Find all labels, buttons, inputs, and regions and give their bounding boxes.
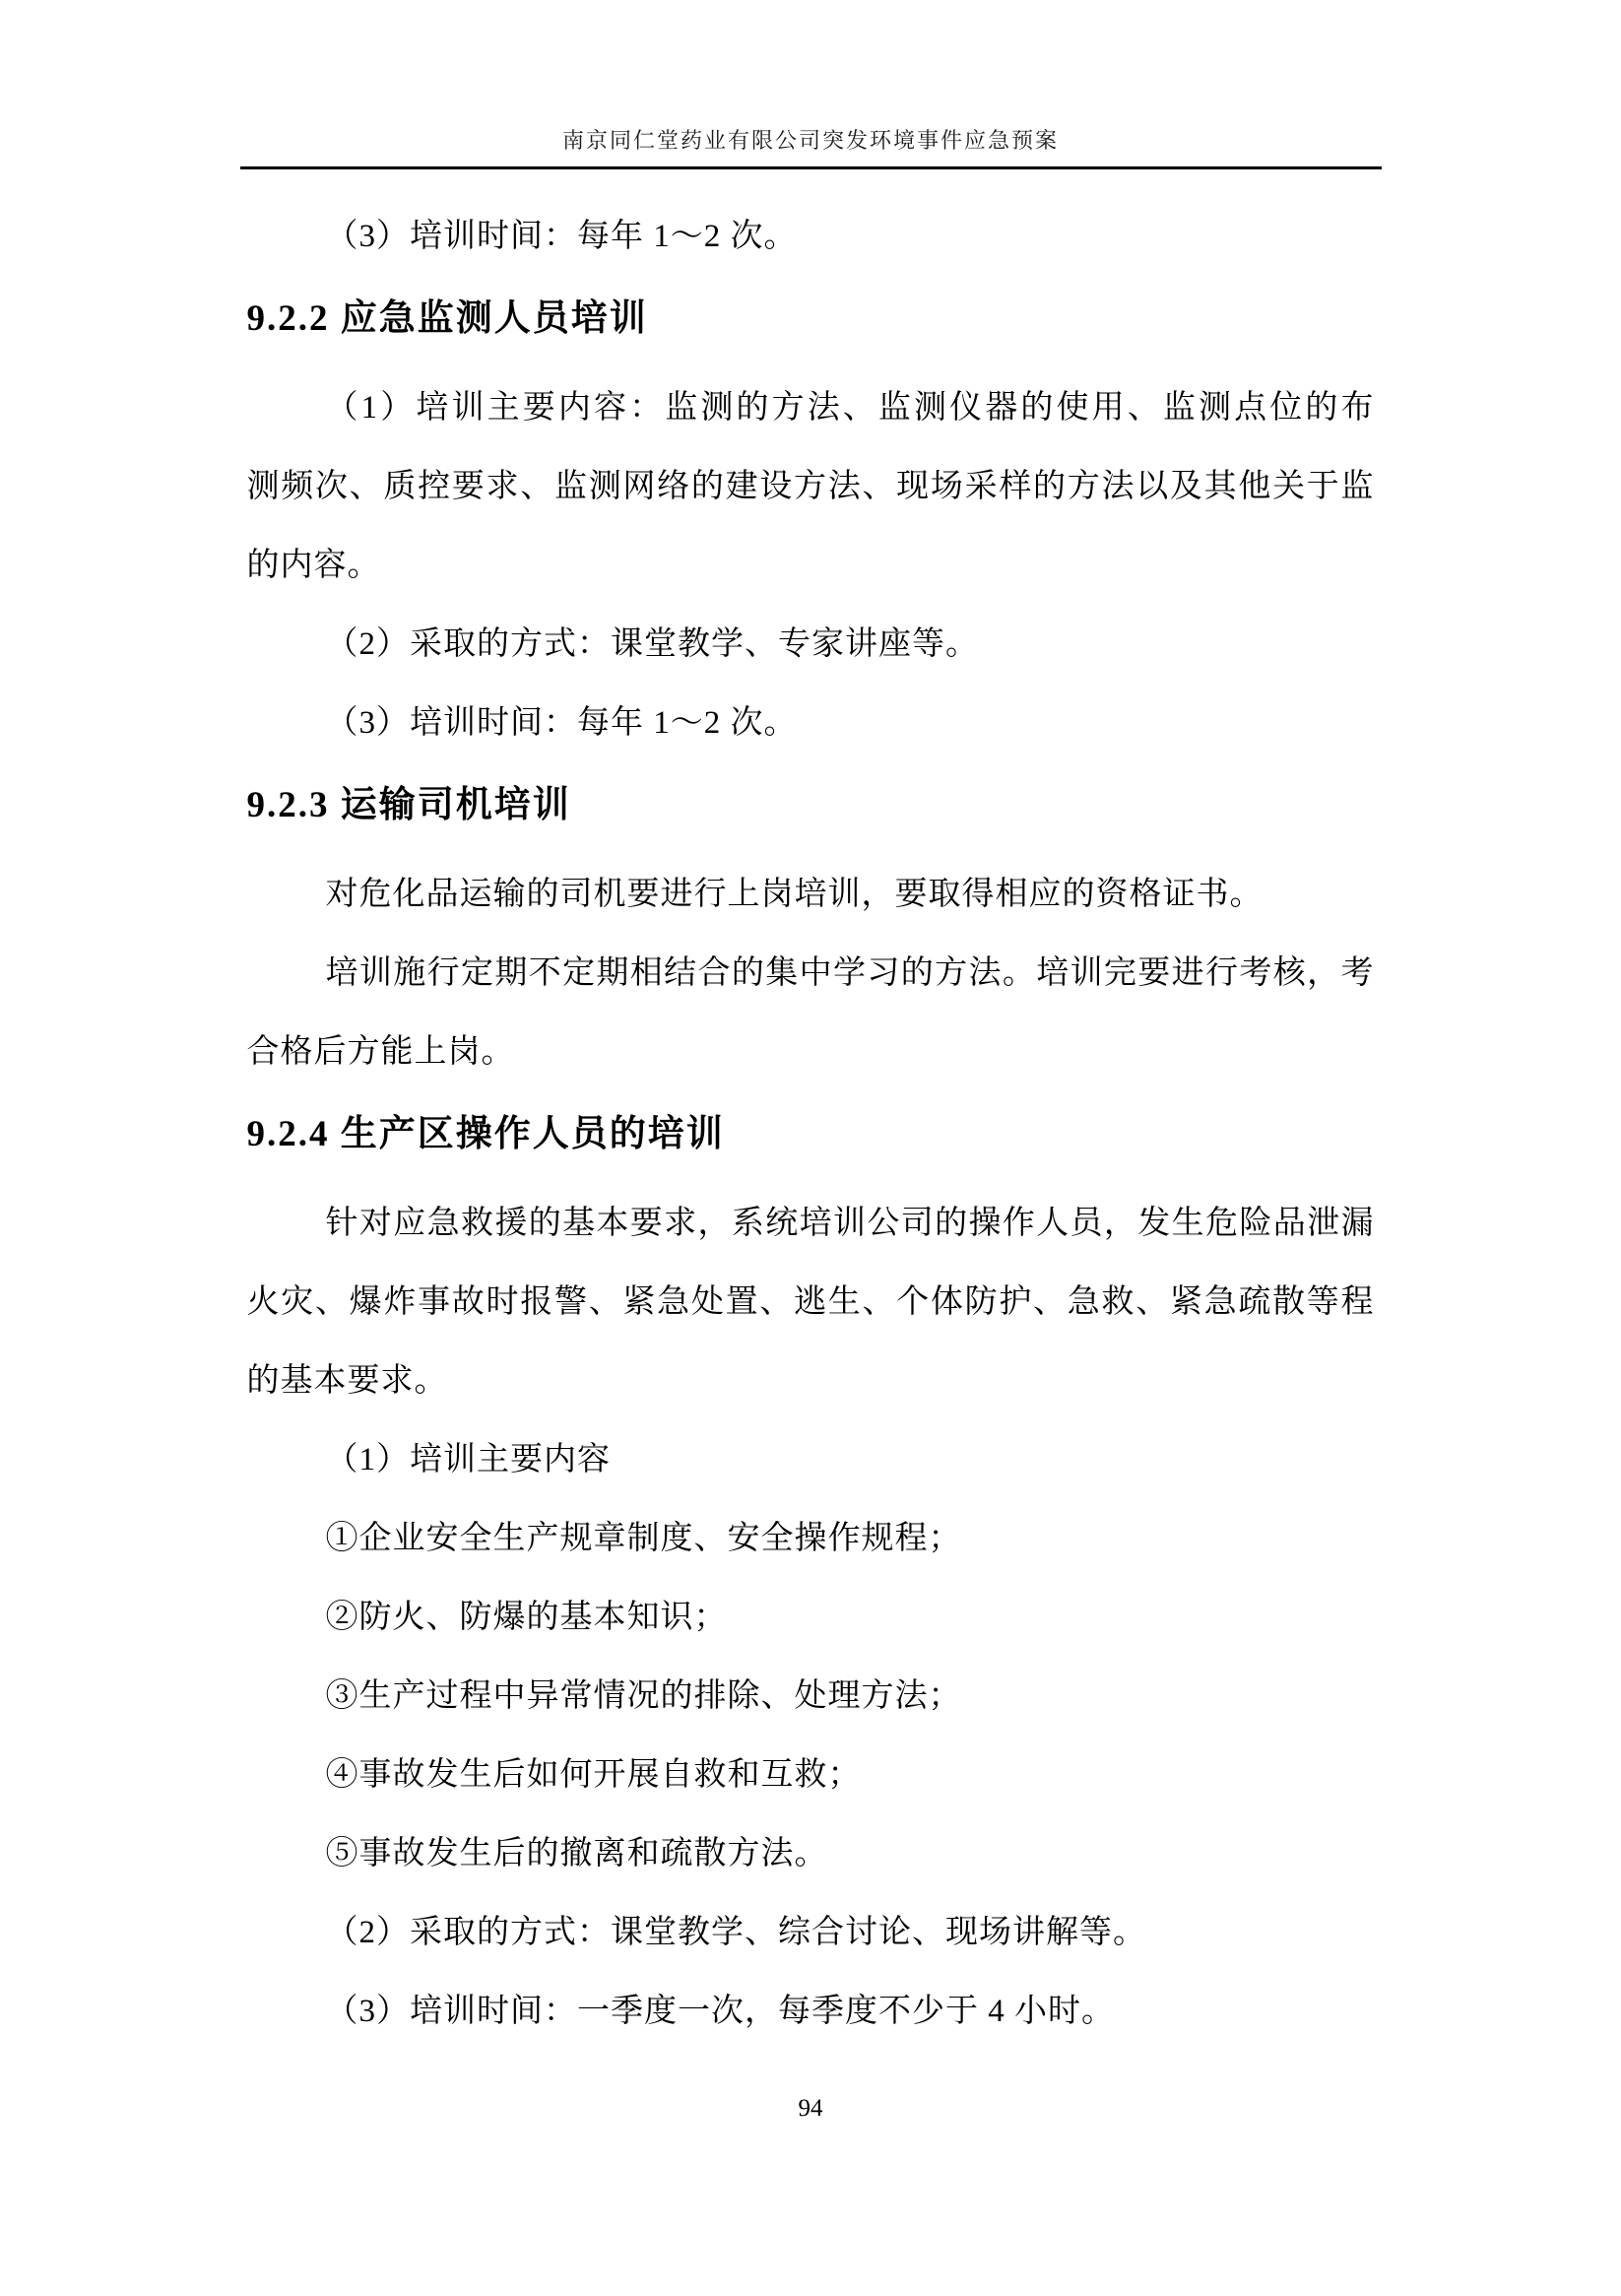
paragraph: ②防火、防爆的基本知识；: [247, 1578, 1375, 1657]
text-line: 针对应急救援的基本要求，系统培训公司的操作人员，发生危险品泄漏及: [247, 1184, 1375, 1263]
page-footer: 94: [0, 2094, 1621, 2124]
text-line: （2）采取的方式：课堂教学、综合讨论、现场讲解等。: [247, 1893, 1375, 1972]
text-line: 测频次、质控要求、监测网络的建设方法、现场采样的方法以及其他关于监测: [247, 447, 1375, 526]
text-line: ②防火、防爆的基本知识；: [247, 1578, 1375, 1657]
paragraph: （3）培训时间：每年 1～2 次。: [247, 684, 1375, 762]
paragraph: ③生产过程中异常情况的排除、处理方法；: [247, 1657, 1375, 1736]
header-title: 南京同仁堂药业有限公司突发环境事件应急预案: [0, 126, 1621, 156]
paragraph: （2）采取的方式：课堂教学、专家讲座等。: [247, 605, 1375, 684]
header-rule: [240, 166, 1382, 169]
paragraph: 培训施行定期不定期相结合的集中学习的方法。培训完要进行考核，考核合格后方能上岗。: [247, 934, 1375, 1091]
text-line: 的基本要求。: [247, 1342, 1375, 1420]
section-heading: 9.2.2 应急监测人员培训: [247, 280, 1375, 359]
text-line: （1）培训主要内容: [247, 1420, 1375, 1499]
text-line: 火灾、爆炸事故时报警、紧急处置、逃生、个体防护、急救、紧急疏散等程序: [247, 1263, 1375, 1342]
paragraph: （2）采取的方式：课堂教学、综合讨论、现场讲解等。: [247, 1893, 1375, 1972]
text-line: （3）培训时间：每年 1～2 次。: [247, 197, 1375, 276]
text-line: （2）采取的方式：课堂教学、专家讲座等。: [247, 605, 1375, 684]
section-heading: 9.2.4 生产区操作人员的培训: [247, 1095, 1375, 1174]
paragraph: （1）培训主要内容: [247, 1420, 1375, 1499]
text-line: （3）培训时间：每年 1～2 次。: [247, 684, 1375, 762]
text-line: ⑤事故发生后的撤离和疏散方法。: [247, 1814, 1375, 1893]
text-line: 培训施行定期不定期相结合的集中学习的方法。培训完要进行考核，考核: [247, 934, 1375, 1013]
page-number: 94: [799, 2095, 823, 2122]
paragraph: 对危化品运输的司机要进行上岗培训，要取得相应的资格证书。: [247, 855, 1375, 934]
text-line: 的内容。: [247, 526, 1375, 605]
text-line: ①企业安全生产规章制度、安全操作规程；: [247, 1499, 1375, 1578]
document-body: （3）培训时间：每年 1～2 次。9.2.2 应急监测人员培训（1）培训主要内容…: [247, 197, 1375, 2051]
section-heading: 9.2.3 运输司机培训: [247, 766, 1375, 845]
paragraph: （3）培训时间：一季度一次，每季度不少于 4 小时。: [247, 1972, 1375, 2051]
document-page: 南京同仁堂药业有限公司突发环境事件应急预案 （3）培训时间：每年 1～2 次。9…: [0, 0, 1621, 2296]
text-line: （1）培训主要内容：监测的方法、监测仪器的使用、监测点位的布设、监: [247, 368, 1375, 447]
paragraph: （1）培训主要内容：监测的方法、监测仪器的使用、监测点位的布设、监测频次、质控要…: [247, 368, 1375, 605]
paragraph: ④事故发生后如何开展自救和互救；: [247, 1736, 1375, 1814]
text-line: 对危化品运输的司机要进行上岗培训，要取得相应的资格证书。: [247, 855, 1375, 934]
text-line: ③生产过程中异常情况的排除、处理方法；: [247, 1657, 1375, 1736]
paragraph: （3）培训时间：每年 1～2 次。: [247, 197, 1375, 276]
text-line: 合格后方能上岗。: [247, 1013, 1375, 1091]
page-header: 南京同仁堂药业有限公司突发环境事件应急预案: [0, 0, 1621, 169]
paragraph: 针对应急救援的基本要求，系统培训公司的操作人员，发生危险品泄漏及火灾、爆炸事故时…: [247, 1184, 1375, 1420]
paragraph: ①企业安全生产规章制度、安全操作规程；: [247, 1499, 1375, 1578]
paragraph: ⑤事故发生后的撤离和疏散方法。: [247, 1814, 1375, 1893]
text-line: （3）培训时间：一季度一次，每季度不少于 4 小时。: [247, 1972, 1375, 2051]
text-line: ④事故发生后如何开展自救和互救；: [247, 1736, 1375, 1814]
